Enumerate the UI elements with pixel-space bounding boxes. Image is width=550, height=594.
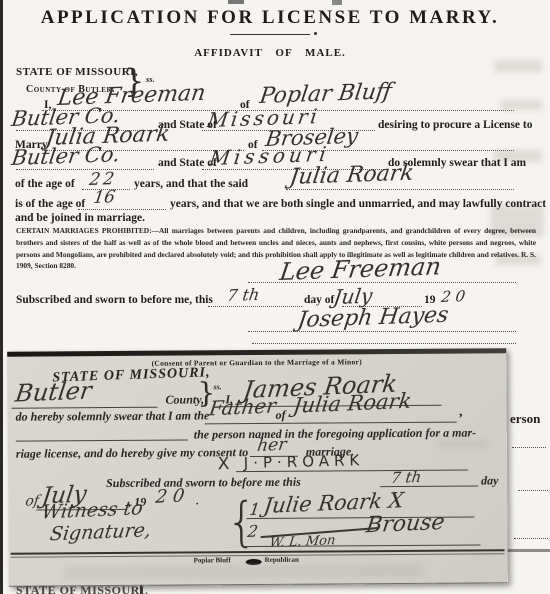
printed-text: of [276,408,286,423]
printer-imprint-left: Poplar Bluff [194,556,231,564]
handwritten-day: 7 th [390,468,422,487]
signature-line [248,331,516,332]
title-rule [230,34,310,35]
signature-line [252,343,516,344]
bleed-through-artifact [438,438,488,448]
officer-signature: Joseph Hayes [296,303,450,333]
witness-label-line2: Signature, [49,519,153,545]
printed-text: day [481,473,498,488]
printed-text: do hereby solemnly swear that I am the [16,408,210,424]
printed-text: day of [304,294,334,306]
form-line [236,470,468,473]
handwritten-bride-name: Julia Roark [288,161,415,190]
handwritten-year: 2 0 [154,485,185,507]
title-rule-dot [314,32,317,35]
printed-text: , [460,405,464,421]
rule-fragment [505,549,550,552]
obscured-text-fragment: erson [510,411,540,427]
scan-left-edge [0,0,3,594]
scan-top-mark [332,0,342,5]
parent-mark-signature: J·P·ROARK [244,451,365,472]
form-line [380,485,478,487]
printed-text: is of the age of [15,198,85,210]
printed-text: years, and that we are both single and u… [170,198,546,210]
handwritten-day: 7 th [226,285,261,305]
bleed-through-artifact [64,564,424,580]
applicant-signature: Lee Freeman [278,252,443,286]
witness2-number: 2 [247,522,260,542]
form-line [208,306,302,307]
scanned-marriage-application-document: APPLICATION FOR LICENSE TO MARRY. AFFIDA… [0,0,550,594]
printed-text: desiring to procure a License to [378,119,533,131]
printed-text: Subscribed and sworn to before me, this [16,294,213,306]
bleed-through-artifact [494,60,542,72]
form-line [78,209,166,210]
document-title: APPLICATION FOR LICENSE TO MARRY. [0,7,540,29]
handwritten-minor-name: Julia Roark [292,389,413,418]
prohibited-marriages-paragraph: CERTAIN MARRIAGES PROHIBITED:—All marria… [16,225,536,272]
form-line [16,439,188,441]
ss-label: ss. [213,382,221,391]
handwritten-county: Butler [14,376,94,407]
printed-text: years, and that the said [134,178,248,190]
printed-text: of the age of [15,178,75,190]
handwritten-relationship: Father [208,393,278,420]
state-label: STATE OF MISSOURI, [16,66,138,78]
form-line-fragment [518,490,548,491]
printed-text: and be joined in marriage. [15,212,145,224]
printed-text: riage license, and do hereby give my con… [16,445,248,462]
handwritten-bride-age: 16 [92,187,116,208]
printed-text: the person named in the foregoing applic… [194,425,476,442]
signature-line [248,282,516,283]
scan-paper-edge [7,348,506,356]
witness2-signature: Brouse [364,510,446,538]
printed-text: Subscribed and sworn to before me this [106,475,301,491]
consent-header: (Consent of Parent or Guardian to the Ma… [7,356,506,368]
witness2-alt-signature: W. L. Mon [269,533,337,551]
form-line-fragment [512,447,546,448]
printer-imprint-right: Republican [265,556,299,564]
scan-top-mark [228,0,244,4]
bleed-through-artifact [500,100,542,110]
document-subtitle: AFFIDAVIT OF MALE. [0,47,540,59]
handwritten-x-mark: X [218,454,235,474]
form-line-fragment [514,538,548,539]
handwritten-of: of [24,493,40,510]
form-line [16,169,154,170]
handwritten-county: Butler Co. [10,142,122,170]
form-line [205,422,457,425]
consent-of-parent-section: (Consent of Parent or Guardian to the Ma… [7,348,508,586]
form-line [286,189,514,190]
witness1-number: 1 [248,500,261,520]
handwritten-period: . [194,492,201,508]
